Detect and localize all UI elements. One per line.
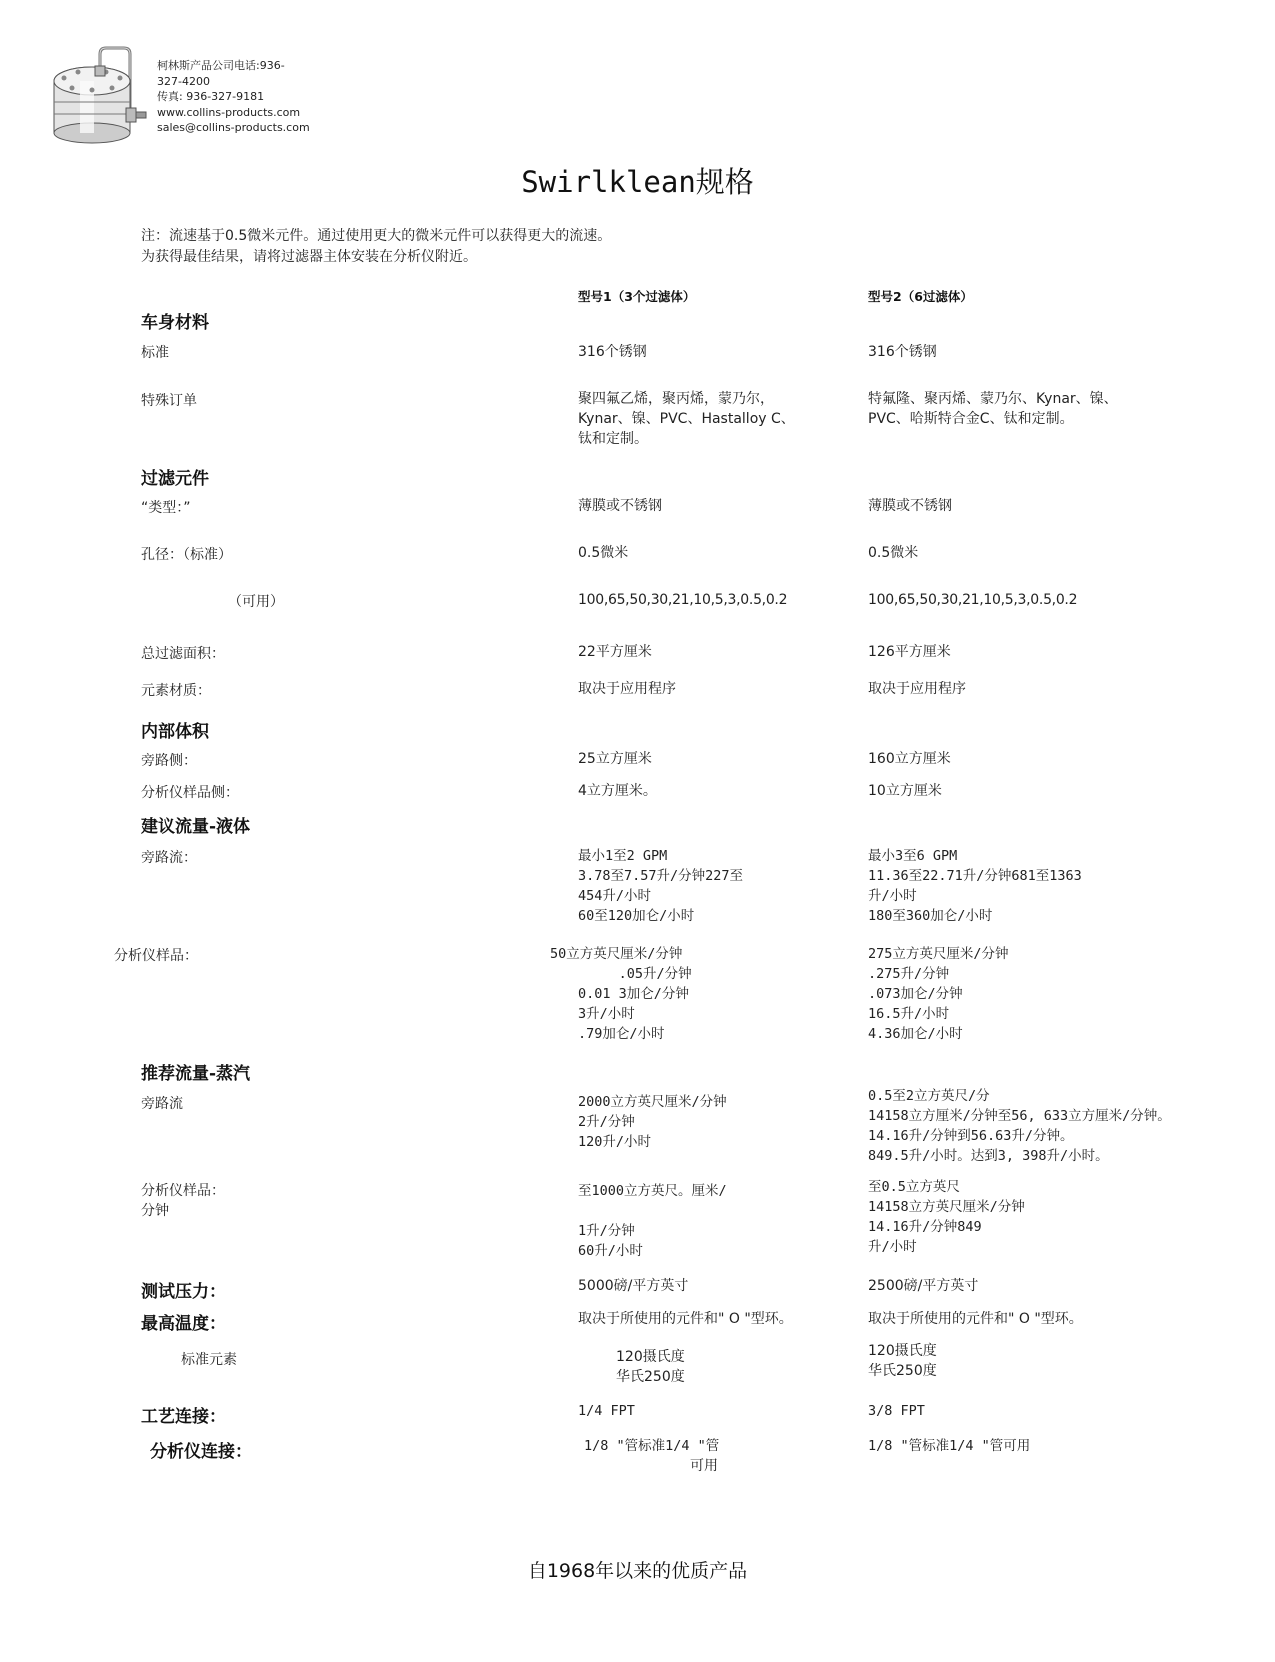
row-label-vapor-bypass-flow: 旁路流 (141, 1093, 183, 1113)
value-pore-standard-m2: 0.5微米 (868, 543, 918, 563)
value-test-pressure-m1: 5000磅/平方英寸 (578, 1276, 688, 1296)
contact-fax: 传真: 936-327-9181 (157, 89, 310, 105)
value-max-temperature-m1: 取决于所使用的元件和" O "型环。 (578, 1309, 793, 1329)
value-process-connection-m2: 3/8 FPT (868, 1401, 925, 1421)
section-heading-vapor-flow: 推荐流量-蒸汽 (141, 1059, 250, 1084)
section-heading-internal-volume: 内部体积 (141, 717, 209, 742)
value-sample-side-m1: 4立方厘米。 (578, 781, 657, 801)
section-heading-process-connection: 工艺连接： (141, 1402, 226, 1427)
value-filter-area-m1: 22平方厘米 (578, 642, 652, 662)
section-heading-analyzer-connection: 分析仪连接： (150, 1437, 252, 1462)
row-label-pore-available: （可用） (228, 591, 284, 611)
column-header-model1: 型号1（3个过滤体） (578, 287, 695, 305)
value-pore-available-m1: 100,65,50,30,21,10,5,3,0.5,0.2 (578, 590, 787, 610)
section-heading-test-pressure: 测试压力： (141, 1277, 226, 1302)
value-liquid-sample-m1-first: 50立方英尺厘米/分钟 (550, 944, 682, 964)
value-type-m1: 薄膜或不锈钢 (578, 496, 662, 516)
row-label-liquid-sample: 分析仪样品： (114, 945, 198, 965)
contact-phone-line: 柯林斯产品公司电话:936- (157, 58, 310, 74)
value-sample-side-m2: 10立方厘米 (868, 781, 942, 801)
value-element-material-m2: 取决于应用程序 (868, 679, 966, 699)
value-liquid-bypass-flow-m2: 最小3至6 GPM 11.36至22.71升/分钟681至1363 升/小时 1… (868, 846, 1082, 926)
value-standard-element-m2: 120摄氏度 华氏250度 (868, 1341, 937, 1381)
value-liquid-sample-m1: .05升/分钟 0.01 3加仑/分钟 3升/小时 .79加仑/小时 (578, 964, 692, 1044)
contact-website-link[interactable]: www.collins-products.com (157, 105, 310, 121)
value-analyzer-connection-m2: 1/8 "管标准1/4 "管可用 (868, 1436, 1030, 1456)
value-element-material-m1: 取决于应用程序 (578, 679, 676, 699)
value-pore-available-m2: 100,65,50,30,21,10,5,3,0.5,0.2 (868, 590, 1077, 610)
row-label-vapor-sample: 分析仪样品： 分钟 (141, 1181, 225, 1221)
row-label-element-material: 元素材质： (141, 680, 211, 700)
value-vapor-sample-m1: 至1000立方英尺。厘米/ 1升/分钟 60升/小时 (578, 1181, 727, 1261)
section-heading-liquid-flow: 建议流量-液体 (141, 812, 250, 837)
value-vapor-bypass-flow-m2: 0.5至2立方英尺/分 14158立方厘米/分钟至56, 633立方厘米/分钟。… (868, 1086, 1171, 1166)
row-label-standard-element: 标准元素 (181, 1349, 237, 1369)
contact-info: 柯林斯产品公司电话:936- 327-4200 传真: 936-327-9181… (157, 58, 310, 136)
value-bypass-side-m2: 160立方厘米 (868, 749, 951, 769)
value-liquid-bypass-flow-m1: 最小1至2 GPM 3.78至7.57升/分钟227至 454升/小时 60至1… (578, 846, 743, 926)
row-label-standard: 标准 (141, 342, 169, 362)
value-process-connection-m1: 1/4 FPT (578, 1401, 635, 1421)
value-liquid-sample-m2: 275立方英尺厘米/分钟 .275升/分钟 .073加仑/分钟 16.5升/小时… (868, 944, 1009, 1044)
value-test-pressure-m2: 2500磅/平方英寸 (868, 1276, 978, 1296)
value-pore-standard-m1: 0.5微米 (578, 543, 628, 563)
value-analyzer-connection-m1: 1/8 "管标准1/4 "管 (584, 1436, 719, 1456)
note-line-1: 注：流速基于0.5微米元件。通过使用更大的微米元件可以获得更大的流速。 (141, 226, 611, 247)
value-type-m2: 薄膜或不锈钢 (868, 496, 952, 516)
section-heading-max-temperature: 最高温度： (141, 1309, 226, 1334)
value-filter-area-m2: 126平方厘米 (868, 642, 951, 662)
value-standard-m2: 316个锈钢 (868, 342, 937, 362)
value-analyzer-connection-m1-cont: 可用 (690, 1456, 718, 1476)
contact-email-link[interactable]: sales@collins-products.com (157, 120, 310, 136)
value-vapor-sample-m2: 至0.5立方英尺 14158立方英尺厘米/分钟 14.16升/分钟849 升/小… (868, 1177, 1025, 1257)
section-heading-body-material: 车身材料 (141, 308, 209, 333)
value-standard-m1: 316个锈钢 (578, 342, 647, 362)
value-special-order-m2: 特氟隆、聚丙烯、蒙乃尔、Kynar、镍、 PVC、哈斯特合金C、钛和定制。 (868, 389, 1118, 429)
page-title: Swirlklean规格 (0, 160, 1275, 201)
column-header-model2: 型号2（6过滤体） (868, 287, 973, 305)
row-label-liquid-bypass-flow: 旁路流： (141, 847, 197, 867)
value-bypass-side-m1: 25立方厘米 (578, 749, 652, 769)
value-vapor-bypass-flow-m1: 2000立方英尺厘米/分钟 2升/分钟 120升/小时 (578, 1092, 727, 1152)
notes: 注：流速基于0.5微米元件。通过使用更大的微米元件可以获得更大的流速。 为获得最… (141, 226, 611, 268)
row-label-type: “类型：” (141, 497, 191, 517)
section-heading-filter-element: 过滤元件 (141, 464, 209, 489)
row-label-sample-side: 分析仪样品侧： (141, 782, 239, 802)
row-label-filter-area: 总过滤面积： (141, 643, 225, 663)
row-label-bypass-side: 旁路侧： (141, 750, 197, 770)
note-line-2: 为获得最佳结果，请将过滤器主体安装在分析仪附近。 (141, 247, 611, 268)
value-special-order-m1: 聚四氟乙烯，聚丙烯，蒙乃尔， Kynar、镍、PVC、Hastalloy C、 … (578, 389, 795, 449)
row-label-pore-standard: 孔径：（标准） (141, 544, 232, 564)
contact-phone-line-cont: 327-4200 (157, 74, 310, 90)
value-max-temperature-m2: 取决于所使用的元件和" O "型环。 (868, 1309, 1083, 1329)
product-logo-image (52, 46, 164, 146)
value-standard-element-m1: 120摄氏度 华氏250度 (616, 1347, 685, 1387)
footer-tagline: 自1968年以来的优质产品 (0, 1556, 1275, 1583)
row-label-special-order: 特殊订单 (141, 390, 197, 410)
